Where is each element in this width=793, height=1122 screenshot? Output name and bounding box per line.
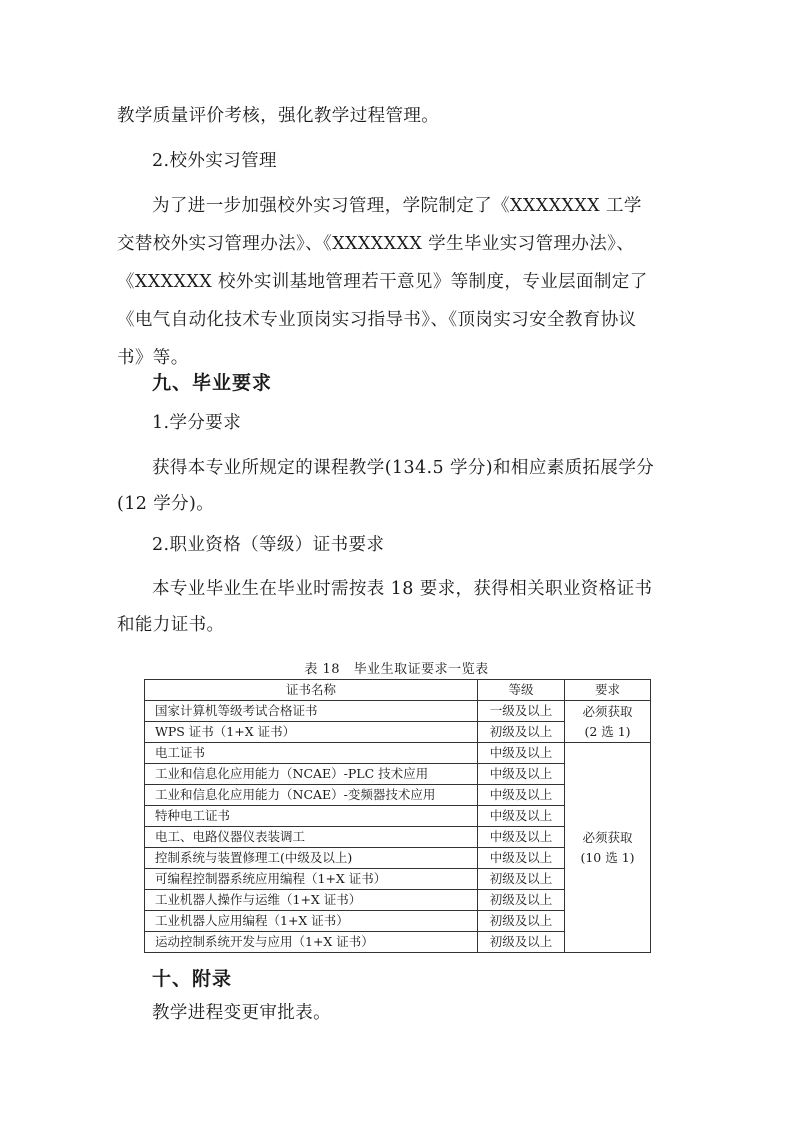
cert-name: 工业和信息化应用能力（NCAE）-PLC 技术应用	[145, 764, 478, 785]
appendix-text: 教学进程变更审批表。	[152, 995, 712, 1031]
cert-name: 国家计算机等级考试合格证书	[145, 701, 478, 722]
cert-level: 一级及以上	[478, 701, 565, 722]
requirement-group-1: 必须获取 (2 选 1)	[565, 701, 651, 743]
cert-level: 初级及以上	[478, 890, 565, 911]
cert-name: 可编程控制器系统应用编程（1+X 证书）	[145, 869, 478, 890]
paragraph-line: 为了进一步加强校外实习管理，学院制定了《XXXXXXX 工学	[152, 188, 712, 224]
subheading-credit-requirements: 1.学分要求	[152, 405, 712, 441]
table-row: 电工证书 中级及以上 必须获取 (10 选 1)	[145, 743, 651, 764]
paragraph-line: 《XXXXXX 校外实训基地管理若干意见》等制度，专业层面制定了	[117, 264, 677, 300]
header-level: 等级	[478, 680, 565, 701]
cert-name: 电工、电路仪器仪表装调工	[145, 827, 478, 848]
cert-level: 初级及以上	[478, 869, 565, 890]
subheading-certificate-requirements: 2.职业资格（等级）证书要求	[152, 527, 712, 563]
cert-name: 工业和信息化应用能力（NCAE）-变频器技术应用	[145, 785, 478, 806]
paragraph-line: 本专业毕业生在毕业时需按表 18 要求，获得相关职业资格证书	[152, 571, 712, 607]
cert-name: 电工证书	[145, 743, 478, 764]
table-caption: 表 18 毕业生取证要求一览表	[0, 658, 793, 677]
cert-level: 中级及以上	[478, 743, 565, 764]
cert-name: 特种电工证书	[145, 806, 478, 827]
requirement-label: 必须获取	[565, 702, 650, 722]
requirement-group-2: 必须获取 (10 选 1)	[565, 743, 651, 953]
header-requirement: 要求	[565, 680, 651, 701]
cert-level: 初级及以上	[478, 911, 565, 932]
requirement-count: (2 选 1)	[565, 722, 650, 742]
section-title-graduation-requirements: 九、毕业要求	[152, 368, 272, 395]
cert-level: 中级及以上	[478, 785, 565, 806]
cert-name: 工业机器人操作与运维（1+X 证书）	[145, 890, 478, 911]
section-title-appendix: 十、附录	[152, 964, 232, 991]
requirement-count: (10 选 1)	[565, 848, 650, 868]
cert-level: 初级及以上	[478, 722, 565, 743]
cert-name: WPS 证书（1+X 证书）	[145, 722, 478, 743]
cert-level: 中级及以上	[478, 764, 565, 785]
cert-name: 工业机器人应用编程（1+X 证书）	[145, 911, 478, 932]
paragraph-line: 交替校外实习管理办法》、《XXXXXXX 学生毕业实习管理办法》、	[117, 226, 677, 262]
table-header-row: 证书名称 等级 要求	[145, 680, 651, 701]
table-row: 国家计算机等级考试合格证书 一级及以上 必须获取 (2 选 1)	[145, 701, 651, 722]
paragraph-line: 《电气自动化技术专业顶岗实习指导书》、《顶岗实习安全教育协议	[117, 302, 677, 338]
cert-level: 中级及以上	[478, 848, 565, 869]
cert-level: 中级及以上	[478, 806, 565, 827]
cert-name: 运动控制系统开发与应用（1+X 证书）	[145, 932, 478, 953]
paragraph-line: 和能力证书。	[117, 607, 677, 643]
paragraph-line: (12 学分)。	[117, 486, 677, 522]
cert-level: 初级及以上	[478, 932, 565, 953]
header-cert-name: 证书名称	[145, 680, 478, 701]
document-page: 教学质量评价考核，强化教学过程管理。 2.校外实习管理 为了进一步加强校外实习管…	[0, 0, 793, 1122]
subheading-off-campus-internship: 2.校外实习管理	[152, 143, 712, 179]
paragraph-line: 获得本专业所规定的课程教学(134.5 学分)和相应素质拓展学分	[152, 450, 712, 486]
cert-name: 控制系统与装置修理工(中级及以上)	[145, 848, 478, 869]
certificate-requirements-table: 证书名称 等级 要求 国家计算机等级考试合格证书 一级及以上 必须获取 (2 选…	[144, 679, 651, 953]
paragraph-continuation: 教学质量评价考核，强化教学过程管理。	[117, 98, 677, 134]
requirement-label: 必须获取	[565, 828, 650, 848]
cert-level: 中级及以上	[478, 827, 565, 848]
